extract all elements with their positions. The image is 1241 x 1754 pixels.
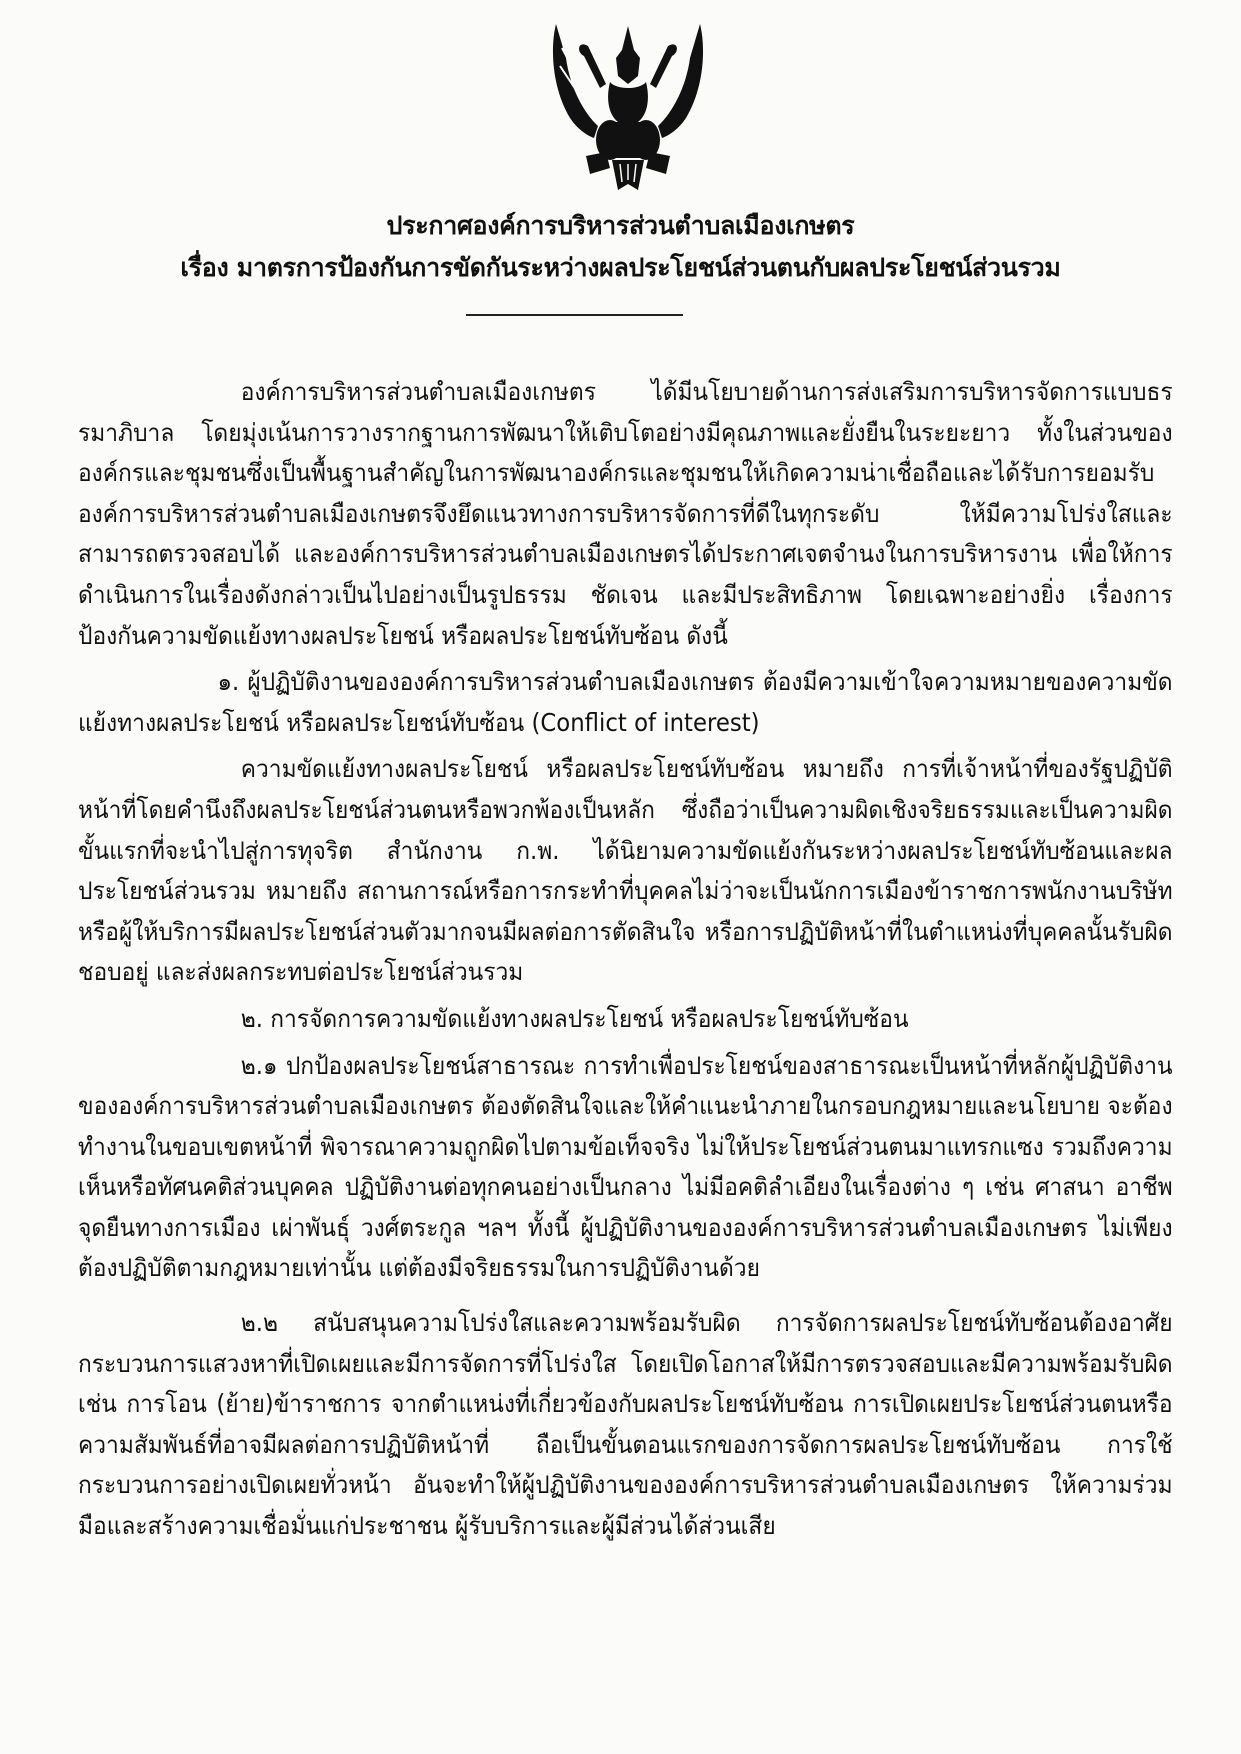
announcement-subject: เรื่อง มาตรการป้องกันการขัดกันระหว่างผลป… [0, 248, 1241, 288]
garuda-emblem-icon [548, 18, 708, 193]
document-body: องค์การบริหารส่วนตำบลเมืองเกษตร ได้มีนโย… [78, 372, 1173, 1547]
intro-paragraph: องค์การบริหารส่วนตำบลเมืองเกษตร ได้มีนโย… [78, 372, 1173, 656]
definition-paragraph: ความขัดแย้งทางผลประโยชน์ หรือผลประโยชน์ท… [78, 749, 1173, 993]
title-divider [466, 314, 683, 316]
item-1-paragraph: ๑. ผู้ปฏิบัติงานขององค์การบริหารส่วนตำบล… [78, 662, 1173, 743]
item-2-heading: ๒. การจัดการความขัดแย้งทางผลประโยชน์ หรื… [78, 999, 1173, 1040]
item-2-2-paragraph: ๒.๒ สนับสนุนความโปร่งใสและความพร้อมรับผิ… [78, 1303, 1173, 1547]
announcement-title: ประกาศองค์การบริหารส่วนตำบลเมืองเกษตร [0, 206, 1241, 246]
item-2-1-paragraph: ๒.๑ ปกป้องผลประโยชน์สาธารณะ การทำเพื่อปร… [78, 1046, 1173, 1290]
